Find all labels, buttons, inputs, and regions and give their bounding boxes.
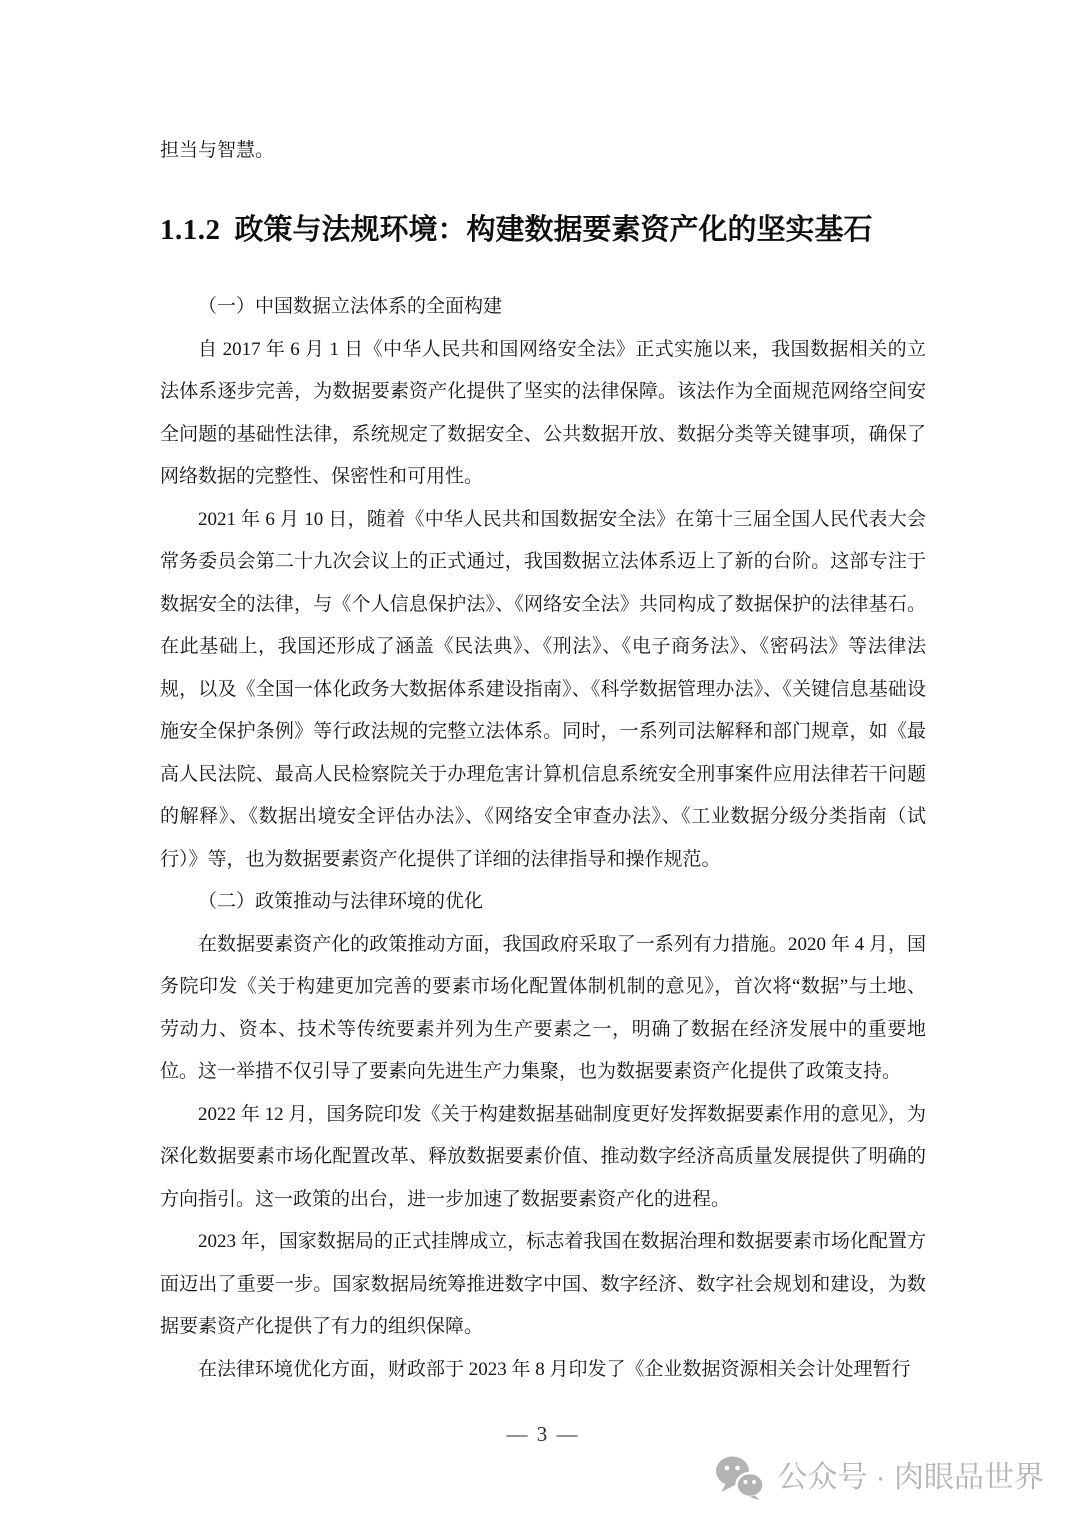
body-paragraph: 2023 年，国家数据局的正式挂牌成立，标志着我国在数据治理和数据要素市场化配置… <box>160 1221 926 1349</box>
document-page: 担当与智慧。 1.1.2政策与法规环境：构建数据要素资产化的坚实基石 （一）中国… <box>0 0 1080 1527</box>
body-paragraph: 2022 年 12 月，国务院印发《关于构建数据基础制度更好发挥数据要素作用的意… <box>160 1094 926 1222</box>
page-content: 担当与智慧。 1.1.2政策与法规环境：构建数据要素资产化的坚实基石 （一）中国… <box>160 130 926 1391</box>
section-heading: 1.1.2政策与法规环境：构建数据要素资产化的坚实基石 <box>160 210 926 250</box>
section-heading-number: 1.1.2 <box>160 214 221 246</box>
continuation-paragraph-text: 担当与智慧。 <box>160 130 926 172</box>
sub-section-heading: （一）中国数据立法体系的全面构建 <box>160 286 926 329</box>
watermark: 公众号 · 肉眼品世界 <box>715 1456 1044 1500</box>
body-paragraph: 自 2017 年 6 月 1 日《中华人民共和国网络安全法》正式实施以来，我国数… <box>160 329 926 499</box>
section-heading-title: 政策与法规环境：构建数据要素资产化的坚实基石 <box>235 214 873 246</box>
sub-section-heading: （二）政策推动与法律环境的优化 <box>160 881 926 924</box>
body-paragraph: 在法律环境优化方面，财政部于 2023 年 8 月印发了《企业数据资源相关会计处… <box>160 1349 926 1392</box>
page-number: — 3 — <box>160 1419 926 1449</box>
body-paragraph: 在数据要素资产化的政策推动方面，我国政府采取了一系列有力措施。2020 年 4 … <box>160 924 926 1094</box>
body-paragraphs: （一）中国数据立法体系的全面构建自 2017 年 6 月 1 日《中华人民共和国… <box>160 286 926 1391</box>
wechat-icon <box>715 1456 765 1500</box>
body-paragraph: 2021 年 6 月 10 日，随着《中华人民共和国数据安全法》在第十三届全国人… <box>160 499 926 882</box>
watermark-text: 公众号 · 肉眼品世界 <box>777 1456 1044 1500</box>
